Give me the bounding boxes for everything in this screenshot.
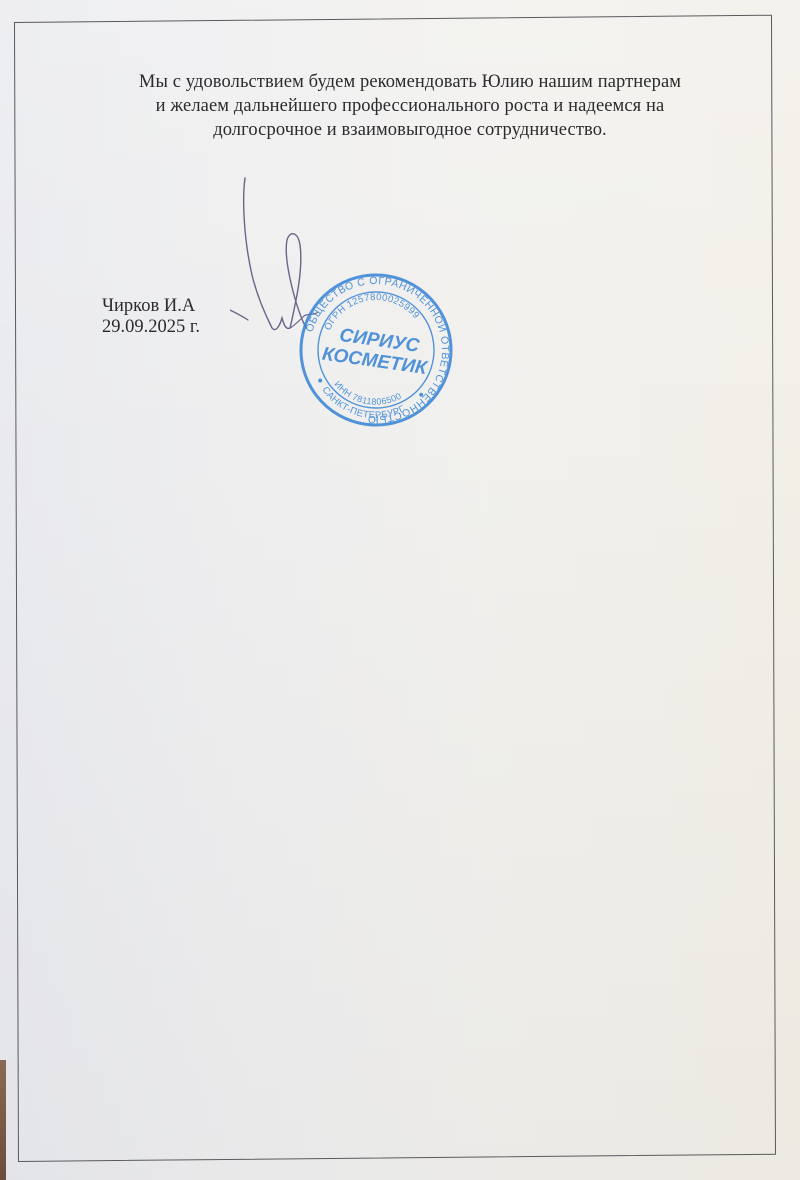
company-seal-stamp: ОБЩЕСТВО С ОГРАНИЧЕННОЙ ОТВЕТСТВЕННОСТЬЮ… [296, 270, 456, 430]
paragraph-line: долгосрочное и взаимовыгодное сотрудниче… [90, 118, 730, 142]
signed-date: 29.09.2025 г. [102, 317, 200, 338]
table-surface-edge [0, 1060, 6, 1180]
page-border-frame [14, 15, 776, 1162]
recommendation-paragraph: Мы с удовольствием будем рекомендовать Ю… [90, 70, 730, 142]
signer-block: Чирков И.А 29.09.2025 г. [102, 296, 200, 338]
signer-name: Чирков И.А [102, 296, 200, 317]
paragraph-line: Мы с удовольствием будем рекомендовать Ю… [90, 70, 730, 94]
paragraph-line: и желаем дальнейшего профессионального р… [90, 94, 730, 118]
